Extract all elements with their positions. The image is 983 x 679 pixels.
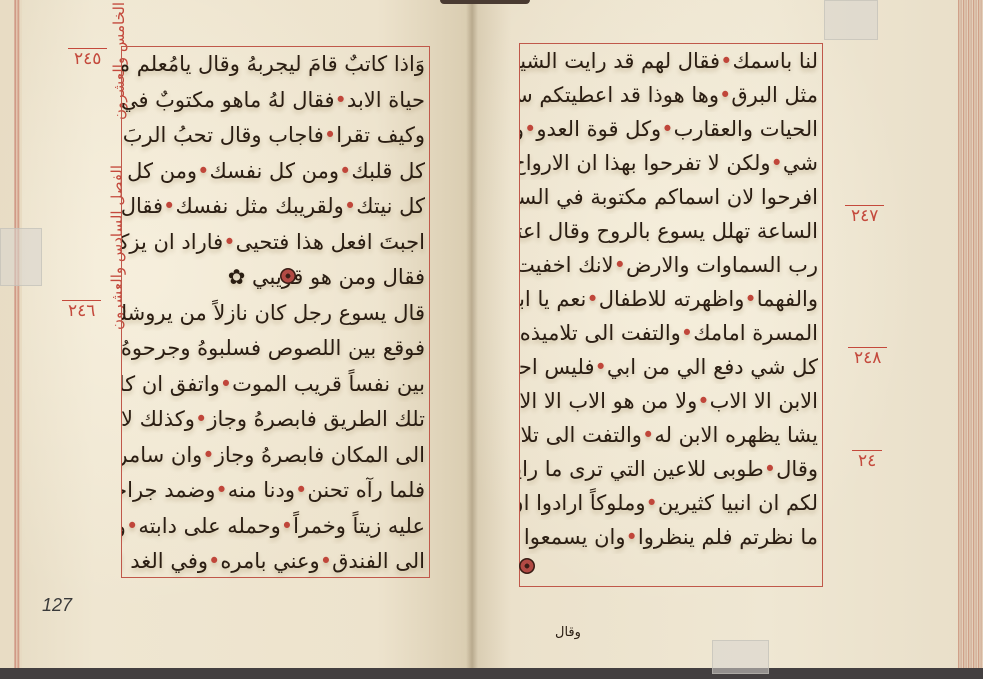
text-line: فقال ومن هو قريبي ✿ bbox=[122, 260, 429, 296]
rubric-mark: • bbox=[524, 119, 536, 140]
rubric-mark: • bbox=[281, 516, 293, 537]
text-line: الساعة تهلل يسوع بالروح وقال اعترف لك يا… bbox=[520, 214, 822, 248]
rubric-mark: • bbox=[208, 551, 220, 572]
manuscript-spread: ٢٤٥ ٢٤٦ الفصل الخامس والعشرون الفصل السا… bbox=[0, 0, 983, 679]
rubric-mark: • bbox=[320, 551, 332, 572]
text-line: ما نظرتم فلم ينظروا • وان يسمعوا ما سمعت… bbox=[520, 520, 822, 554]
text-line: يشا يظهره الابن له • والتفت الى تلاميذه … bbox=[520, 418, 822, 452]
binding-top bbox=[440, 0, 530, 4]
rubric-mark: • bbox=[215, 480, 227, 501]
text-line: تلك الطريق فابصرهُ وجاز • وكذلك لاوي جا bbox=[122, 402, 429, 438]
verse-number-left-1: ٢٤٥ bbox=[68, 48, 107, 69]
rubric-mark: • bbox=[720, 51, 732, 72]
rubric-mark: • bbox=[223, 232, 235, 253]
right-text-block: لنا باسمك • فقال لهم قد رايت الشيطان سقط… bbox=[519, 43, 823, 587]
text-line: لنا باسمك • فقال لهم قد رايت الشيطان سقط… bbox=[520, 44, 822, 78]
text-line: فلما رآه تحنن • ودنا منه • وضمد جراحه • … bbox=[122, 473, 429, 509]
tape-left-margin bbox=[0, 228, 42, 286]
rubric-mark: • bbox=[764, 459, 776, 480]
rubric-mark: • bbox=[719, 85, 731, 106]
text-line: والفهما • واظهرته للاطفال • نعم يا ابه ا… bbox=[520, 282, 822, 316]
book-gutter bbox=[466, 0, 478, 672]
rubric-mark: • bbox=[614, 255, 626, 276]
text-line: قال يسوع رجل كان نازلاً من يروشليم الى ر… bbox=[122, 296, 429, 332]
text-line: الى الفندق • وعني بامره • وفي الغد اخرج … bbox=[122, 544, 429, 580]
verse-number-right-2: ٢٤٨ bbox=[848, 347, 887, 368]
rubric-mark: • bbox=[202, 445, 214, 466]
rubric-mark: • bbox=[586, 289, 598, 310]
text-line: الحيات والعقارب • وكل قوة العدو • ولا يض… bbox=[520, 112, 822, 146]
text-line: الابن الا الاب • ولا من هو الاب الا الاب… bbox=[520, 384, 822, 418]
text-line: اجبتَ افعل هذا فتحيى • فاراد ان يزكي نفس… bbox=[122, 225, 429, 261]
text-line: افرحوا لان اسماكم مكتوبة في السماوات • و… bbox=[520, 180, 822, 214]
verse-number-right-1: ٢٤٧ bbox=[845, 205, 884, 226]
rubric-mark: • bbox=[697, 391, 709, 412]
rubric-mark: • bbox=[771, 153, 783, 174]
bottom-shadow bbox=[0, 668, 983, 679]
rubric-mark: • bbox=[744, 289, 756, 310]
verse-number-left-2: ٢٤٦ bbox=[62, 300, 101, 321]
rubric-mark: • bbox=[126, 516, 138, 537]
rubric-mark: • bbox=[324, 125, 336, 146]
catchword: وقال bbox=[555, 625, 581, 640]
text-line: حياة الابد • فقال لهُ ماهو مكتوبٌ في الن… bbox=[122, 83, 429, 119]
tape-bottom-right bbox=[712, 640, 769, 674]
text-line: وَاذا كاتبٌ قامَ ليجربهُ وقال يامُعلم ما… bbox=[122, 47, 429, 83]
text-line: لكم ان انبيا كثيرين • وملوكاً ارادوا ان … bbox=[520, 486, 822, 520]
text-line: مثل البرق • وها هوذا قد اعطيتكم سلطاناً … bbox=[520, 78, 822, 112]
right-page-edges bbox=[958, 0, 983, 672]
text-line: عليه زيتاً وخمراً • وحمله على دابته • وج… bbox=[122, 509, 429, 545]
rubric-mark: • bbox=[344, 196, 356, 217]
text-line: كل قلبك • ومن كل نفسك • ومن كل قوتك ومن bbox=[122, 154, 429, 190]
text-line: وكيف تقرا • فاجاب وقال تحبُ الربَ الهك م… bbox=[122, 118, 429, 154]
left-text-block: وَاذا كاتبٌ قامَ ليجربهُ وقال يامُعلم ما… bbox=[121, 46, 430, 578]
text-line: كل شي دفع الي من ابي • فليس احد يعرف من … bbox=[520, 350, 822, 384]
text-line: فوقع بين اللصوص فسلبوهُ وجرحوهُ ومضوا وت… bbox=[122, 331, 429, 367]
rubric-mark: • bbox=[195, 409, 207, 430]
rubric-mark: • bbox=[626, 527, 638, 548]
rubric-mark: • bbox=[661, 119, 673, 140]
folio-number: 127 bbox=[42, 595, 72, 616]
rubric-mark: • bbox=[220, 374, 232, 395]
rubric-mark: • bbox=[339, 161, 351, 182]
text-line: شي • ولكن لا تفرحوا بهذا ان الارواح تخضع… bbox=[520, 146, 822, 180]
rubric-mark: • bbox=[646, 493, 658, 514]
left-page-edges bbox=[0, 0, 22, 672]
text-line: رب السماوات والارض • لانك اخفيت هذا عن ا… bbox=[520, 248, 822, 282]
rubric-mark: • bbox=[642, 425, 654, 446]
text-line: الى المكان فابصرهُ وجاز • وان سامرياً جا… bbox=[122, 438, 429, 474]
rosette-ornament-right bbox=[519, 558, 535, 574]
text-line: بين نفساً قريب الموت • واتفق ان كاهناً ن… bbox=[122, 367, 429, 403]
rubric-mark: • bbox=[681, 323, 693, 344]
rubric-mark: • bbox=[197, 161, 209, 182]
rubric-mark: • bbox=[295, 480, 307, 501]
text-line: كل نيتك • ولقريبك مثل نفسك • فقال له بال… bbox=[122, 189, 429, 225]
rubric-mark: • bbox=[595, 357, 607, 378]
tape-top-right bbox=[824, 0, 878, 40]
rosette-ornament-left bbox=[280, 268, 296, 284]
rubric-mark: • bbox=[163, 196, 175, 217]
text-line: وقال • طوبى للاعين التي ترى ما رايتم • ا… bbox=[520, 452, 822, 486]
rubric-mark: • bbox=[335, 90, 347, 111]
text-line: المسرة امامك • والتفت الى تلاميذه وقال bbox=[520, 316, 822, 350]
verse-number-right-3: ٢٤ bbox=[852, 450, 882, 471]
